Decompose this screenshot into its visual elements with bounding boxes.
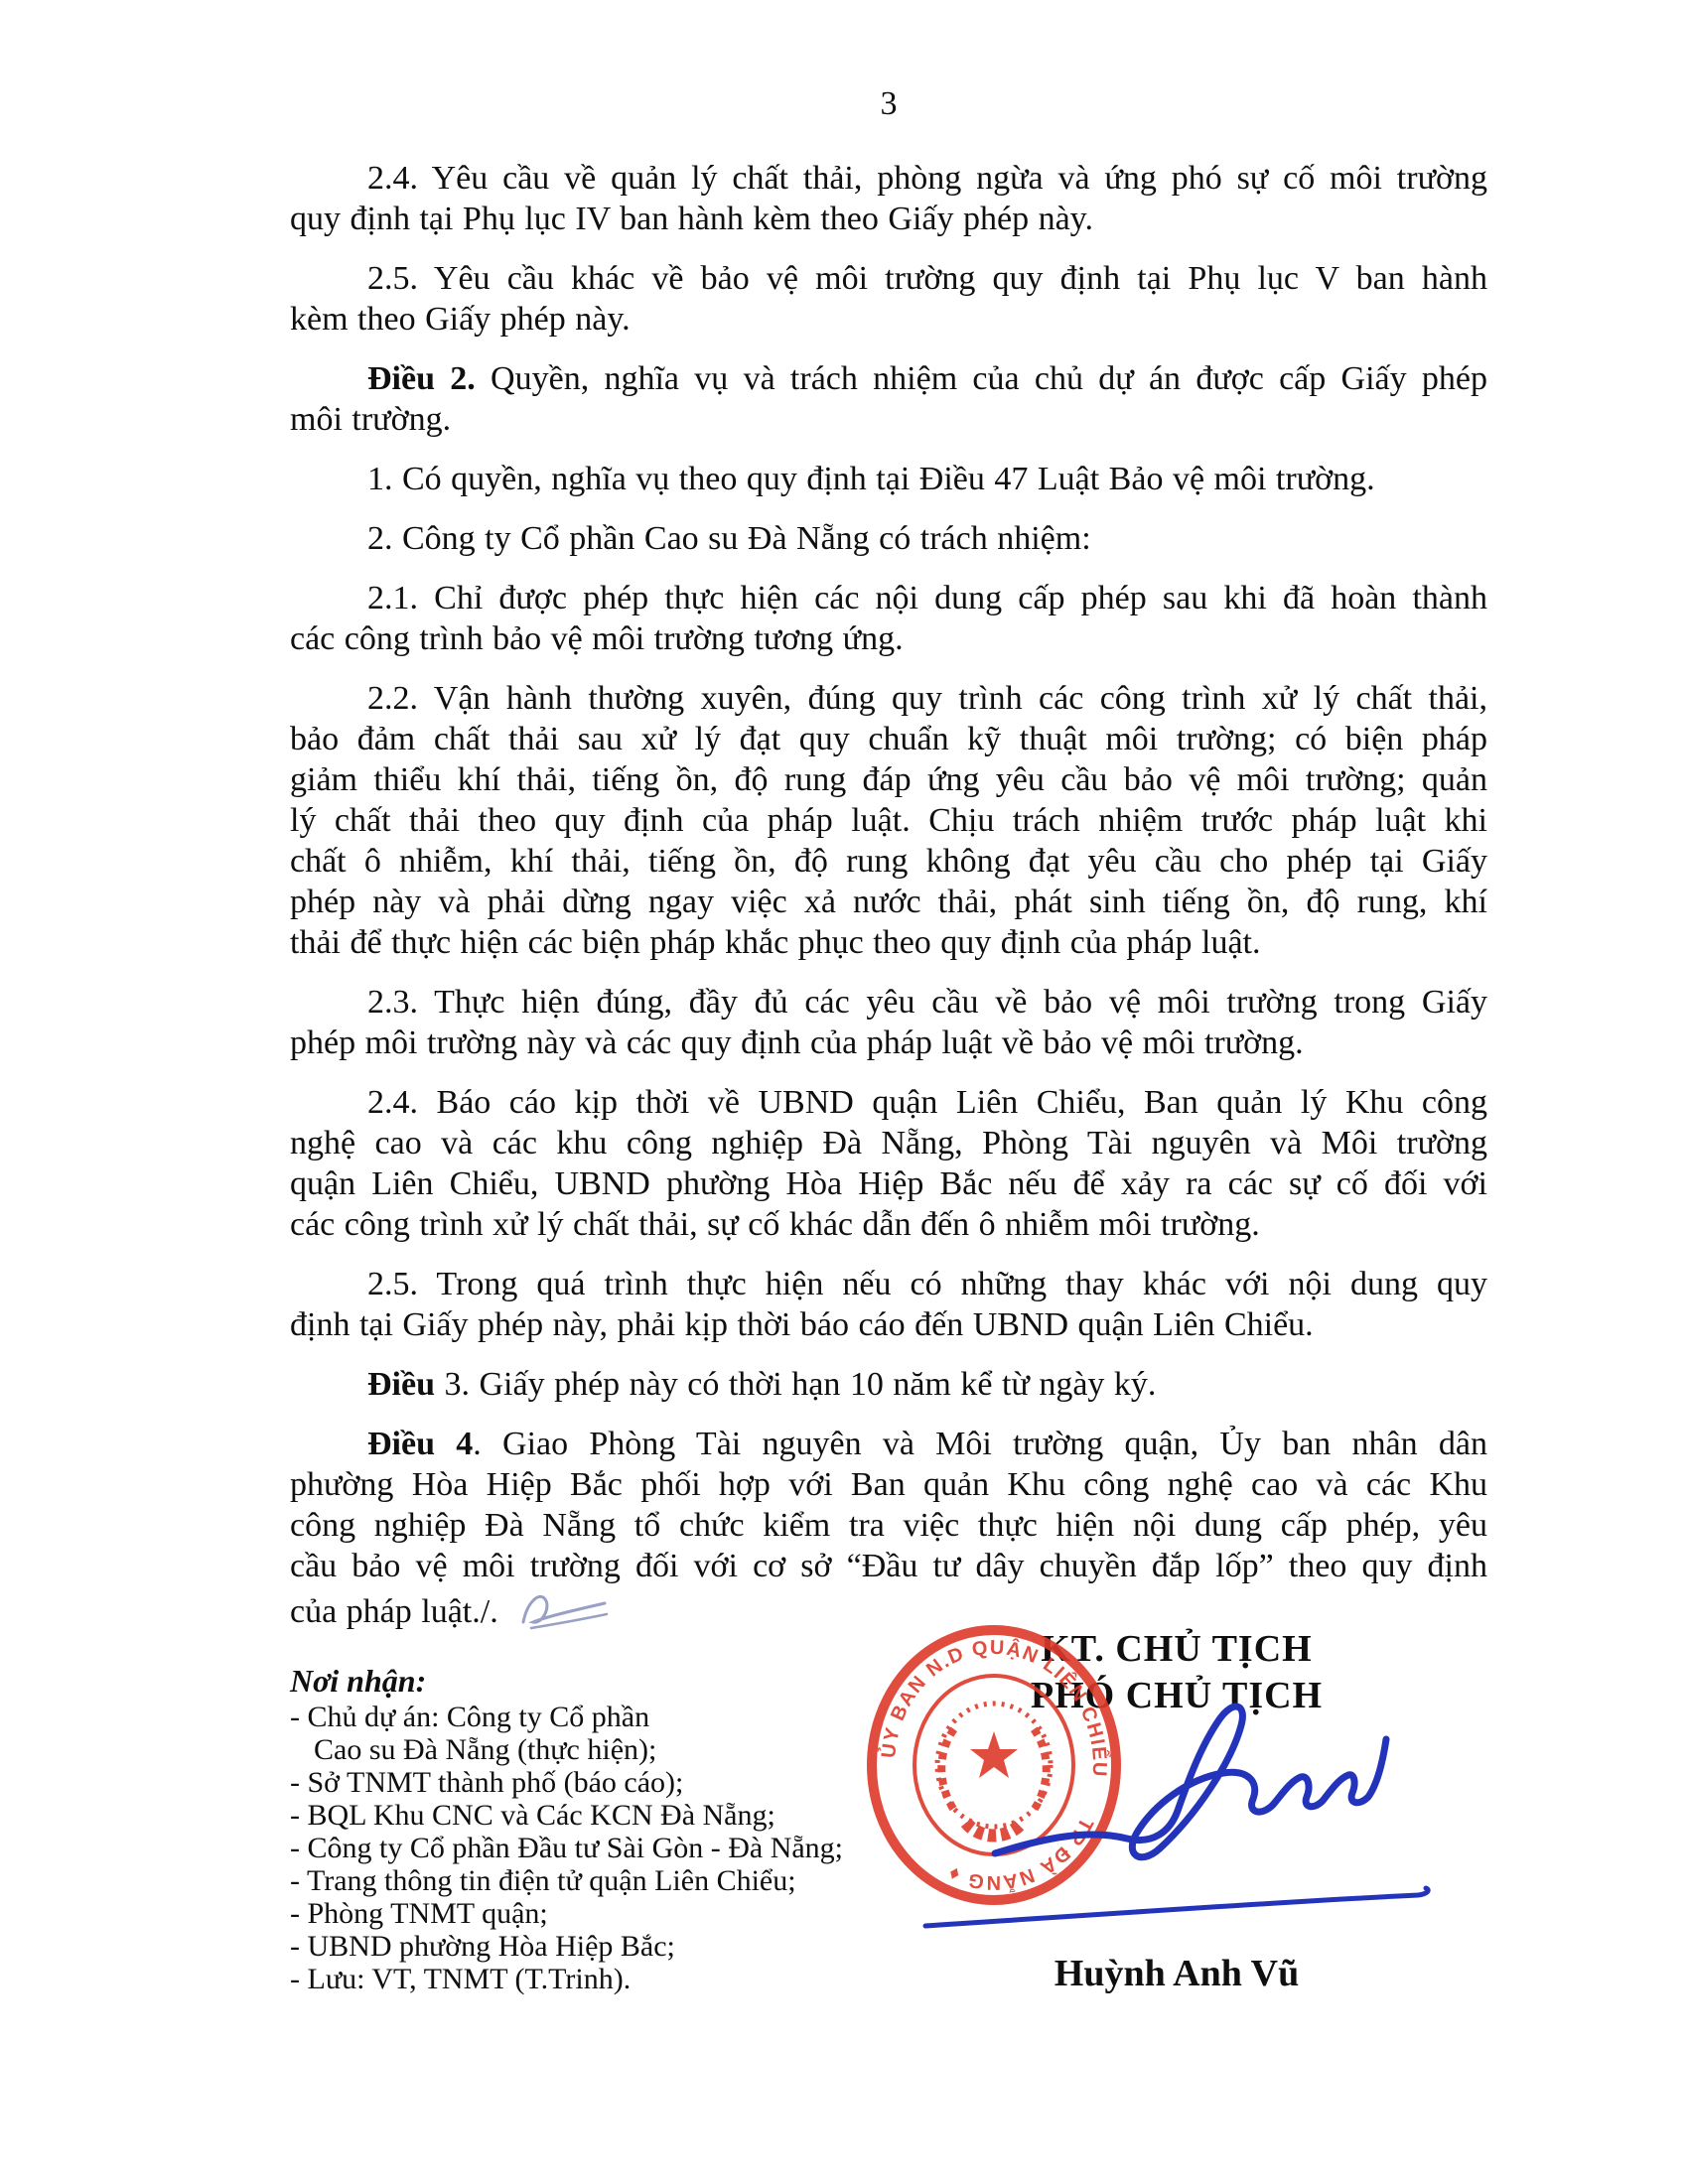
paragraph-line: công nghiệp Đà Nẵng tổ chức kiểm tra việ… bbox=[290, 1505, 1487, 1546]
signature-title-pho: PHÓ CHỦ TỊCH bbox=[844, 1673, 1509, 1719]
paragraph-line: 2.3. Thực hiện đúng, đầy đủ các yêu cầu … bbox=[290, 982, 1487, 1023]
paragraph-line: phường Hòa Hiệp Bắc phối hợp với Ban quả… bbox=[290, 1464, 1487, 1505]
paragraph: Điều 2. Quyền, nghĩa vụ và trách nhiệm c… bbox=[290, 358, 1487, 440]
paragraph-line: Điều 3. Giấy phép này có thời hạn 10 năm… bbox=[290, 1364, 1487, 1405]
document-page: 3 2.4. Yêu cầu về quản lý chất thải, phò… bbox=[0, 0, 1688, 2184]
paragraph: Điều 3. Giấy phép này có thời hạn 10 năm… bbox=[290, 1364, 1487, 1405]
paragraph-line: 2.5. Trong quá trình thực hiện nếu có nh… bbox=[290, 1264, 1487, 1304]
paragraph-line: 2.5. Yêu cầu khác về bảo vệ môi trường q… bbox=[290, 258, 1487, 299]
paragraph-line: Điều 4. Giao Phòng Tài nguyên và Môi trư… bbox=[290, 1424, 1487, 1464]
paragraph: 2.5. Trong quá trình thực hiện nếu có nh… bbox=[290, 1264, 1487, 1345]
paragraph-line: Điều 2. Quyền, nghĩa vụ và trách nhiệm c… bbox=[290, 358, 1487, 399]
stamp-separator: ♦ bbox=[944, 1861, 964, 1886]
paragraph-line: quy định tại Phụ lục IV ban hành kèm the… bbox=[290, 199, 1487, 239]
page-number: 3 bbox=[290, 84, 1487, 124]
paragraph-line: nghệ cao và các khu công nghiệp Đà Nẵng,… bbox=[290, 1123, 1487, 1163]
paragraph-line: 2.4. Yêu cầu về quản lý chất thải, phòng… bbox=[290, 158, 1487, 199]
paragraph-line: phép này và phải dừng ngay việc xả nước … bbox=[290, 882, 1487, 922]
stamp-grain-right bbox=[1033, 1727, 1047, 1809]
paragraph-line: định tại Giấy phép này, phải kịp thời bá… bbox=[290, 1304, 1487, 1345]
paragraph-line: quận Liên Chiểu, UBND phường Hòa Hiệp Bắ… bbox=[290, 1163, 1487, 1204]
signature-block: KT. CHỦ TỊCH PHÓ CHỦ TỊCH ỦY BAN N.D QUẬ… bbox=[844, 1626, 1509, 2043]
paragraph-line: môi trường. bbox=[290, 399, 1487, 440]
stamp-text-bottom: TP ĐÀ NẴNG bbox=[965, 1814, 1097, 1893]
paragraph-line: cầu bảo vệ môi trường đối với cơ sở “Đầu… bbox=[290, 1546, 1487, 1586]
svg-text:♦: ♦ bbox=[944, 1861, 964, 1886]
document-body: 2.4. Yêu cầu về quản lý chất thải, phòng… bbox=[290, 158, 1487, 1642]
signature-underline bbox=[925, 1888, 1428, 1926]
paragraph-line: bảo đảm chất thải sau xử lý đạt quy chuẩ… bbox=[290, 719, 1487, 759]
svg-text:TP ĐÀ NẴNG: TP ĐÀ NẴNG bbox=[965, 1814, 1097, 1893]
paragraph: 2.4. Báo cáo kịp thời về UBND quận Liên … bbox=[290, 1082, 1487, 1245]
paragraph-line: kèm theo Giấy phép này. bbox=[290, 299, 1487, 340]
paragraph-line: 2. Công ty Cổ phần Cao su Đà Nẵng có trá… bbox=[290, 518, 1487, 559]
paragraph: 2.5. Yêu cầu khác về bảo vệ môi trường q… bbox=[290, 258, 1487, 340]
handwritten-initial-icon bbox=[515, 1586, 615, 1642]
paragraph: Điều 4. Giao Phòng Tài nguyên và Môi trư… bbox=[290, 1424, 1487, 1642]
signature-ink bbox=[925, 1706, 1428, 1926]
paragraph-line: chất ô nhiễm, khí thải, tiếng ồn, độ run… bbox=[290, 841, 1487, 882]
paragraph-line: 1. Có quyền, nghĩa vụ theo quy định tại … bbox=[290, 459, 1487, 499]
paragraph: 2.3. Thực hiện đúng, đầy đủ các yêu cầu … bbox=[290, 982, 1487, 1063]
paragraph-line: giảm thiểu khí thải, tiếng ồn, độ rung đ… bbox=[290, 759, 1487, 800]
paragraph-line: thải để thực hiện các biện pháp khắc phụ… bbox=[290, 922, 1487, 963]
paragraph-line: các công trình bảo vệ môi trường tương ứ… bbox=[290, 618, 1487, 659]
paragraph: 2.2. Vận hành thường xuyên, đúng quy trì… bbox=[290, 678, 1487, 963]
paragraph: 2.4. Yêu cầu về quản lý chất thải, phòng… bbox=[290, 158, 1487, 239]
signer-name: Huỳnh Anh Vũ bbox=[844, 1951, 1509, 1996]
paragraph-line: 2.1. Chỉ được phép thực hiện các nội dun… bbox=[290, 578, 1487, 618]
paragraph-line: các công trình xử lý chất thải, sự cố kh… bbox=[290, 1204, 1487, 1245]
stamp-grain-left bbox=[941, 1727, 955, 1809]
signature-title-kt: KT. CHỦ TỊCH bbox=[844, 1626, 1509, 1673]
stamp-wreath-ring bbox=[937, 1704, 1051, 1827]
stamp-star-icon bbox=[970, 1731, 1018, 1778]
paragraph: 1. Có quyền, nghĩa vụ theo quy định tại … bbox=[290, 459, 1487, 499]
paragraph-line: 2.2. Vận hành thường xuyên, đúng quy trì… bbox=[290, 678, 1487, 719]
paragraph: 2.1. Chỉ được phép thực hiện các nội dun… bbox=[290, 578, 1487, 659]
stamp-gear bbox=[966, 1823, 1022, 1836]
paragraph-line: phép môi trường này và các quy định của … bbox=[290, 1023, 1487, 1063]
paragraph-line: 2.4. Báo cáo kịp thời về UBND quận Liên … bbox=[290, 1082, 1487, 1123]
paragraph: 2. Công ty Cổ phần Cao su Đà Nẵng có trá… bbox=[290, 518, 1487, 559]
paragraph-line: lý chất thải theo quy định của pháp luật… bbox=[290, 800, 1487, 841]
